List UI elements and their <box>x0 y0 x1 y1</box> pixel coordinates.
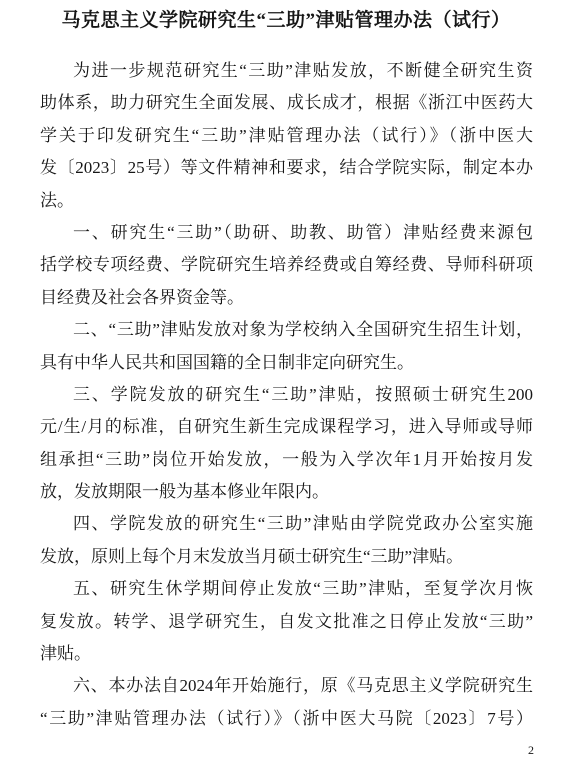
document-body: 为进一步规范研究生“三助”津贴发放，不断健全研究生资助体系，助力研究生全面发展、… <box>40 55 533 735</box>
paragraph-line: 助体系，助力研究生全面发展、成长成才，根据《浙江中医药大 <box>40 87 533 119</box>
paragraph-line: 学关于印发研究生“三助”津贴管理办法（试行）》（浙中医大 <box>40 120 533 152</box>
paragraph-line: 三、学院发放的研究生“三助”津贴，按照硕士研究生200 <box>40 379 533 411</box>
paragraph-line: 括学校专项经费、学院研究生培养经费或自筹经费、导师科研项 <box>40 249 533 281</box>
paragraph-line: 放，发放期限一般为基本修业年限内。 <box>40 476 533 508</box>
paragraph-line: 复发放。转学、退学研究生，自发文批准之日停止发放“三助” <box>40 606 533 638</box>
page-number: 2 <box>528 742 534 758</box>
paragraph-line: 津贴。 <box>40 638 533 670</box>
paragraph-line: 一、研究生“三助”（助研、助教、助管）津贴经费来源包 <box>40 217 533 249</box>
paragraph-line: 发放，原则上每个月末发放当月硕士研究生“三助”津贴。 <box>40 541 533 573</box>
paragraph-line: 法。 <box>40 185 533 217</box>
paragraph-line: 五、研究生休学期间停止发放“三助”津贴，至复学次月恢 <box>40 573 533 605</box>
paragraph-line: 六、本办法自2024年开始施行，原《马克思主义学院研究生 <box>40 670 533 702</box>
paragraph-line: 发〔2023〕25号）等文件精神和要求，结合学院实际，制定本办 <box>40 152 533 184</box>
paragraph-line: 元/生/月的标准，自研究生新生完成课程学习，进入导师或导师 <box>40 411 533 443</box>
paragraph-line: 为进一步规范研究生“三助”津贴发放，不断健全研究生资 <box>40 55 533 87</box>
paragraph-line: 二、“三助”津贴发放对象为学校纳入全国研究生招生计划， <box>40 314 533 346</box>
document-page: 马克思主义学院研究生“三助”津贴管理办法（试行） 为进一步规范研究生“三助”津贴… <box>0 0 572 778</box>
paragraph-line: 具有中华人民共和国国籍的全日制非定向研究生。 <box>40 347 533 379</box>
paragraph-line: 组承担“三助”岗位开始发放，一般为入学次年1月开始按月发 <box>40 444 533 476</box>
paragraph-line: “三助”津贴管理办法（试行）》（浙中医大马院〔2023〕7号） <box>40 703 533 735</box>
document-title: 马克思主义学院研究生“三助”津贴管理办法（试行） <box>0 0 572 35</box>
paragraph-line: 四、学院发放的研究生“三助”津贴由学院党政办公室实施 <box>40 508 533 540</box>
paragraph-line: 目经费及社会各界资金等。 <box>40 282 533 314</box>
